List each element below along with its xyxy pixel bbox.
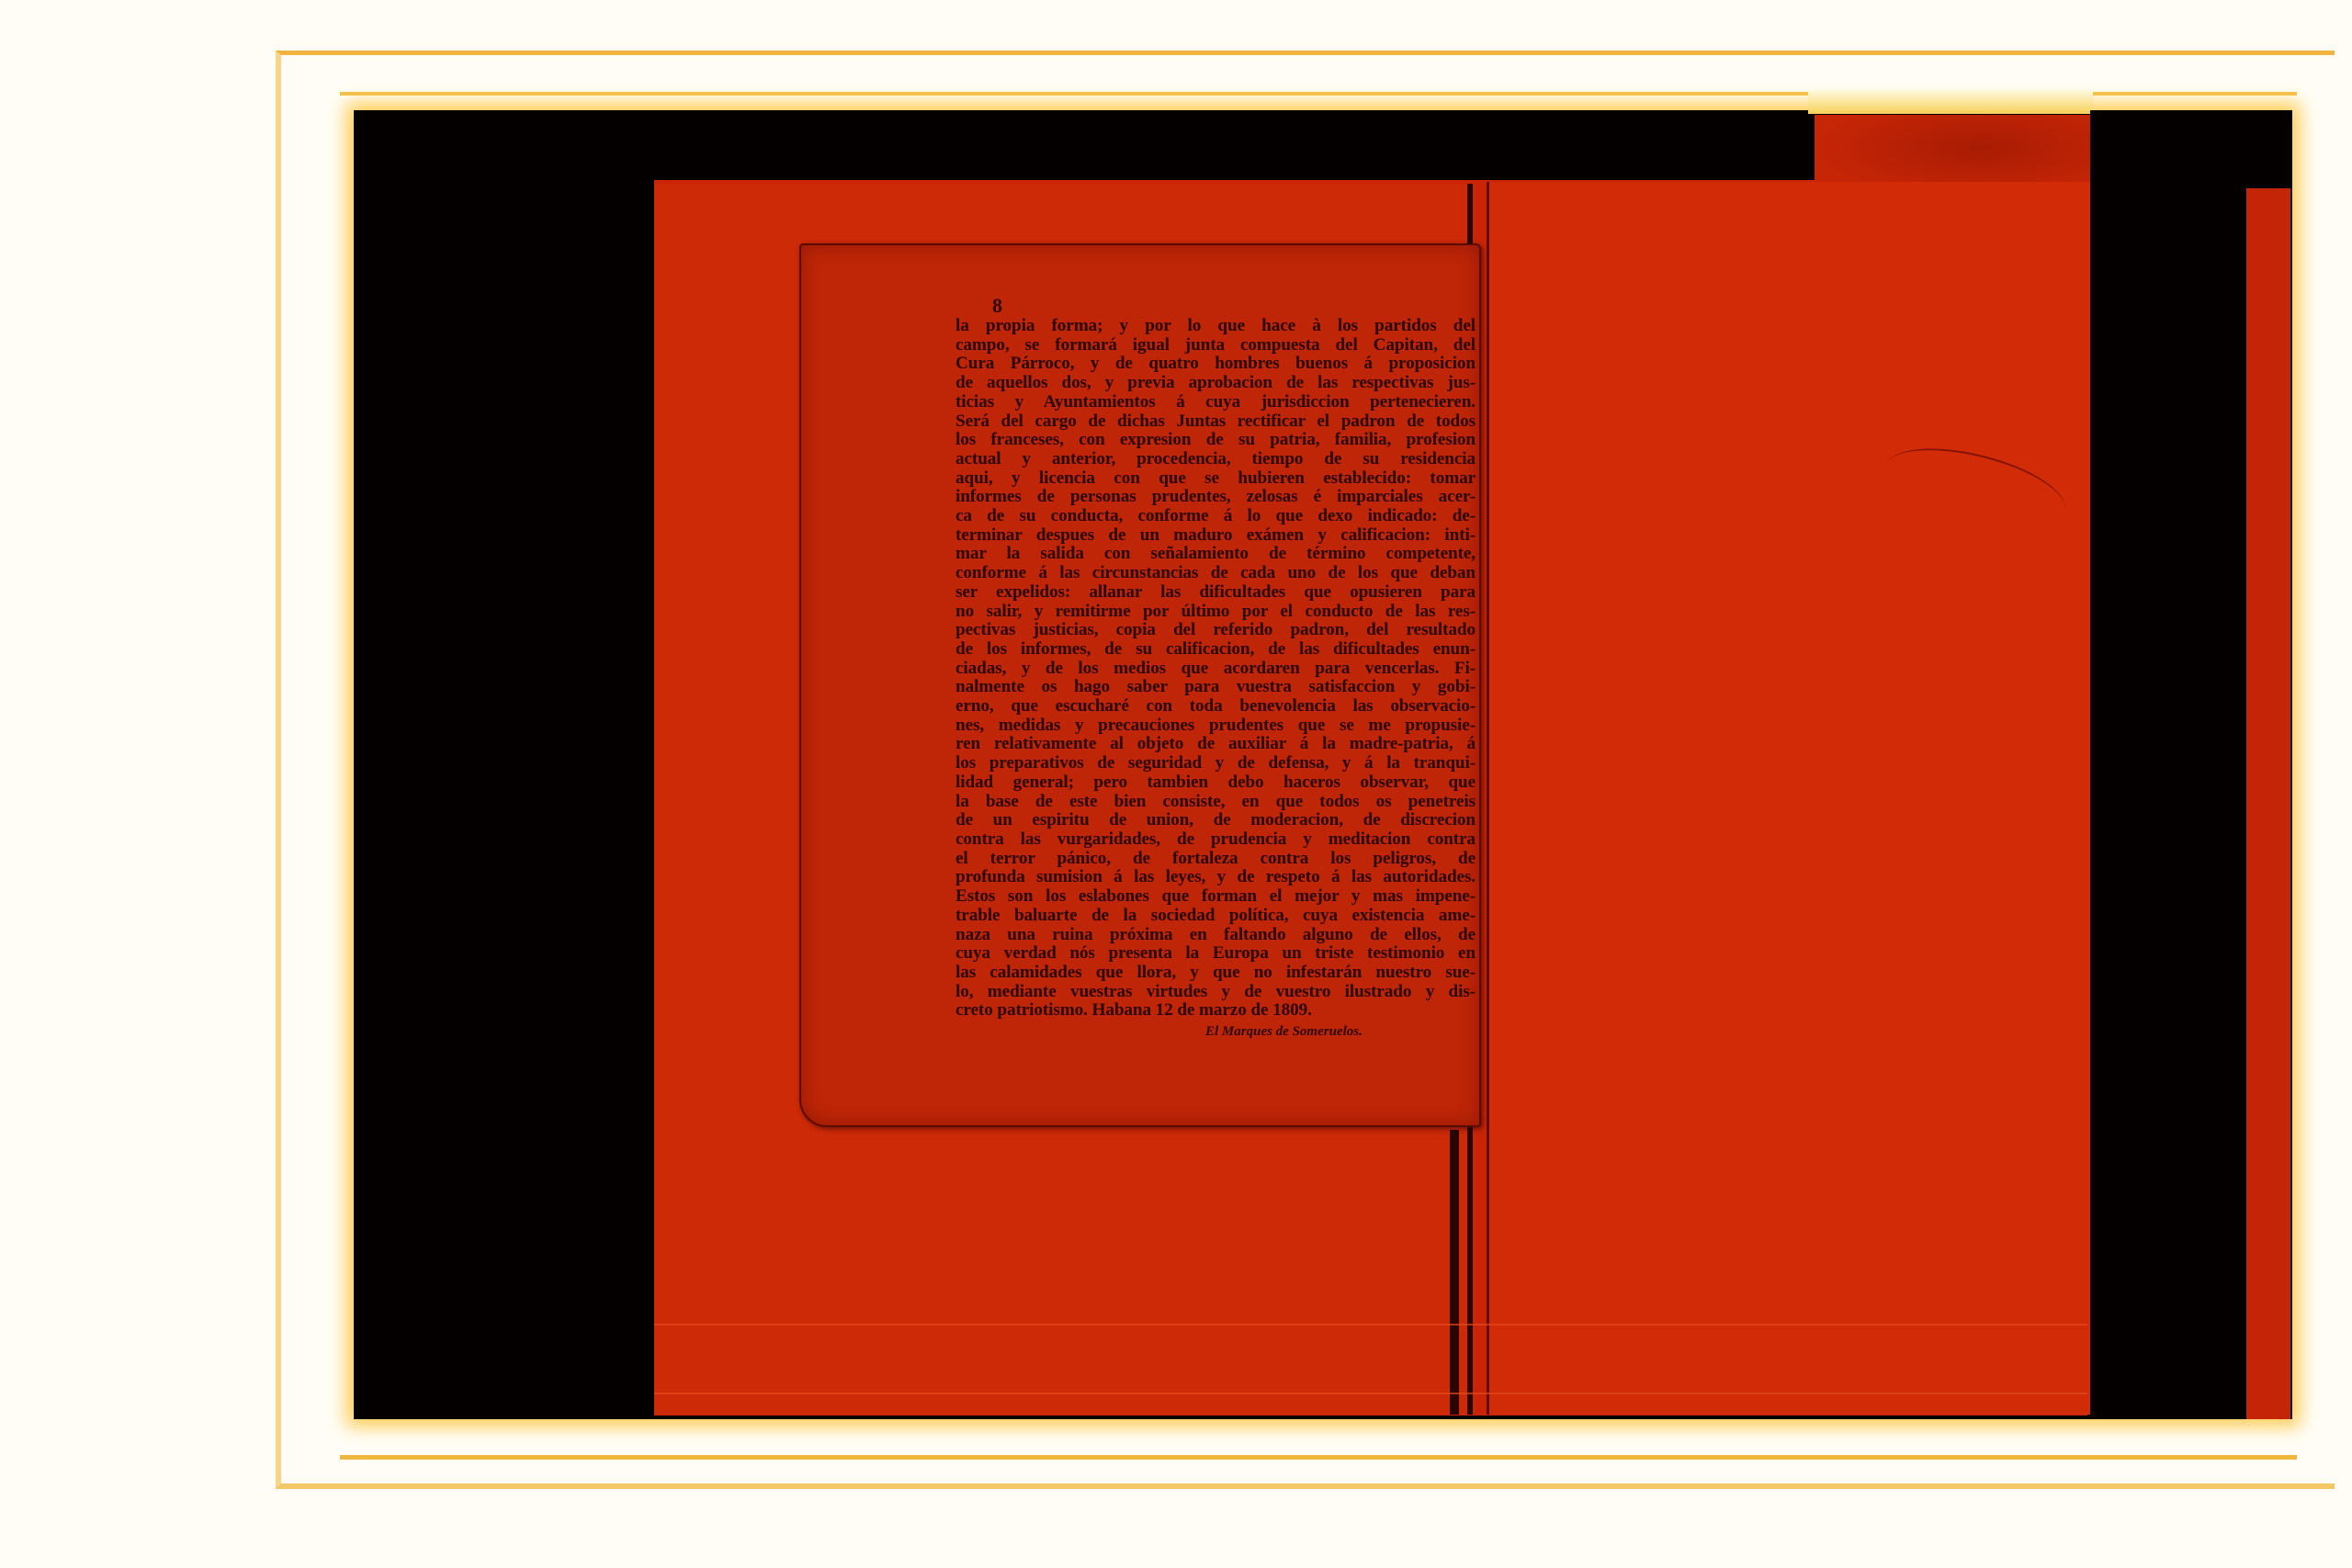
text-line: Estos son los eslabones que forman el me…: [955, 887, 1476, 907]
text-line: no salir, y remitirme por último por el …: [955, 603, 1476, 622]
text-line: profunda sumision á las leyes, y de resp…: [955, 868, 1476, 887]
text-line: de un espiritu de union, de moderacion, …: [955, 811, 1476, 830]
text-line: Será del cargo de dichas Juntas rectific…: [955, 412, 1476, 432]
text-line: ciadas, y de los medios que acordaren pa…: [955, 660, 1476, 679]
text-line: ca de su conducta, conforme á lo que dex…: [955, 507, 1476, 526]
text-line: trable baluarte de la sociedad política,…: [955, 907, 1476, 926]
text-line: cuya verdad nós presenta la Europa un tr…: [955, 944, 1476, 964]
text-line: pectivas justicias, copia del referido p…: [955, 621, 1476, 640]
ruled-line: [654, 1324, 2087, 1325]
text-line: nalmente os hago saber para vuestra sati…: [955, 678, 1476, 697]
text-line: campo, se formará igual junta compuesta …: [955, 336, 1476, 355]
text-line: ticias y Ayuntamientos á cuya jurisdicci…: [955, 393, 1476, 412]
film-edge-right: [2090, 110, 2246, 1419]
right-backing-sheet: [1487, 182, 2096, 1415]
text-line: actual y anterior, procedencia, tiempo d…: [955, 450, 1476, 469]
document-body: la propia forma; y por lo que hace à los…: [955, 317, 1476, 1021]
text-line: de los informes, de su calificacion, de …: [955, 640, 1476, 660]
sheet-fold-line: [1450, 1130, 1459, 1415]
text-line: de aquellos dos, y previa aprobacion de …: [955, 374, 1476, 393]
adjacent-frame-strip: [2246, 188, 2290, 1419]
text-line: mar la salida con señalamiento de términ…: [955, 545, 1476, 564]
text-line: los preparativos de seguridad y de defen…: [955, 754, 1476, 773]
text-line-dateline: creto patriotismo. Habana 12 de marzo de…: [955, 1001, 1476, 1021]
text-line: la propia forma; y por lo que hace à los…: [955, 317, 1476, 336]
text-line: Cura Párroco, y de quatro hombres buenos…: [955, 355, 1476, 374]
text-line: aqui, y licencia con que se hubieren est…: [955, 469, 1476, 489]
text-line: ren relativamente al objeto de auxiliar …: [955, 735, 1476, 754]
text-line: naza una ruina próxima en faltando algun…: [955, 926, 1476, 945]
text-line: informes de personas prudentes, zelosas …: [955, 488, 1476, 507]
text-line: el terror pánico, de fortaleza contra lo…: [955, 850, 1476, 869]
text-line: lidad general; pero tambien debo haceros…: [955, 773, 1476, 793]
text-line: nes, medidas y precauciones prudentes qu…: [955, 716, 1476, 736]
ruled-line: [654, 1393, 2087, 1394]
text-line: contra las vurgaridades, de prudencia y …: [955, 830, 1476, 850]
light-leak: [1808, 90, 2093, 114]
signature: El Marques de Someruelos.: [1205, 1024, 1363, 1040]
text-line: los franceses, con expresion de su patri…: [955, 431, 1476, 450]
text-line: terminar despues de un maduro exámen y c…: [955, 526, 1476, 546]
text-line: erno, que escucharé con toda benevolenci…: [955, 697, 1476, 716]
text-line: lo, mediante vuestras virtudes y de vues…: [955, 983, 1476, 1002]
text-line: las calamidades que llora, y que no infe…: [955, 964, 1476, 983]
text-line: ser expelidos: allanar las dificultades …: [955, 583, 1476, 603]
text-line: conforme á las circunstancias de cada un…: [955, 564, 1476, 583]
text-line: la base de este bien consiste, en que to…: [955, 793, 1476, 812]
page-number: 8: [992, 294, 1002, 318]
